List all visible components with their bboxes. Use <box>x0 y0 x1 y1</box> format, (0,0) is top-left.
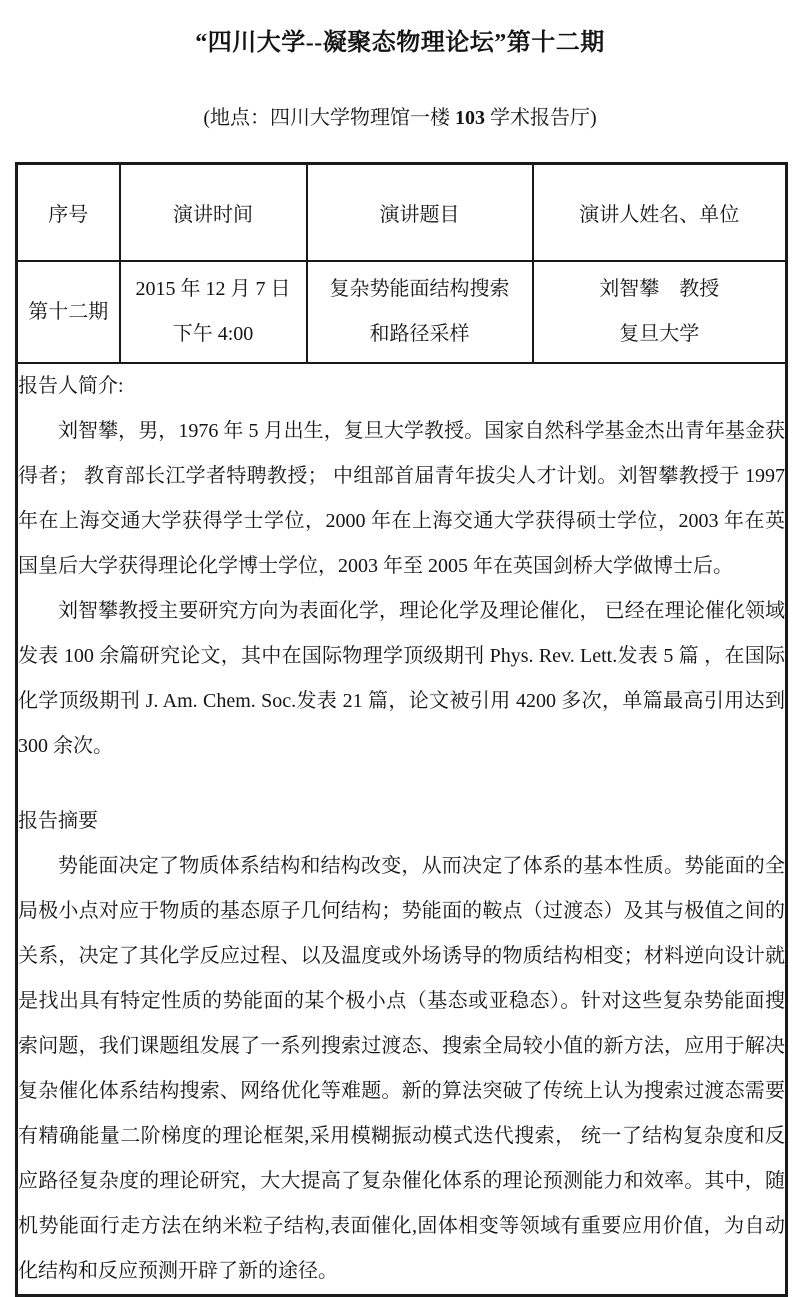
cell-talk-time: 2015 年 12 月 7 日 下午 4:00 <box>120 261 307 363</box>
topic-line-2: 和路径采样 <box>308 312 532 357</box>
talk-hour: 下午 4:00 <box>121 312 306 357</box>
table-data-row: 第十二期 2015 年 12 月 7 日 下午 4:00 复杂势能面结构搜索 和… <box>17 261 787 363</box>
header-cell-speaker: 演讲人姓名、单位 <box>533 164 787 262</box>
table-header-row: 序号 演讲时间 演讲题目 演讲人姓名、单位 <box>17 164 787 262</box>
abstract-heading: 报告摘要 <box>18 799 785 844</box>
speaker-name-title: 刘智攀 教授 <box>534 267 786 312</box>
cell-issue-number: 第十二期 <box>17 261 120 363</box>
header-cell-index: 序号 <box>17 164 120 262</box>
talk-date: 2015 年 12 月 7 日 <box>121 267 306 312</box>
bio-heading: 报告人简介: <box>18 364 785 409</box>
topic-line-1: 复杂势能面结构搜索 <box>308 267 532 312</box>
seminar-announcement-page: “四川大学--凝聚态物理论坛”第十二期 (地点：四川大学物理馆一楼 103 学术… <box>0 0 800 1297</box>
location-line: (地点：四川大学物理馆一楼 103 学术报告厅) <box>0 101 800 130</box>
speaker-affiliation: 复旦大学 <box>534 312 786 357</box>
table-detail-row: 报告人简介: 刘智攀，男，1976 年 5 月出生，复旦大学教授。国家自然科学基… <box>17 363 787 1296</box>
cell-speaker: 刘智攀 教授 复旦大学 <box>533 261 787 363</box>
location-prefix: (地点：四川大学物理馆一楼 <box>203 107 455 129</box>
abstract-paragraph: 势能面决定了物质体系结构和结构改变，从而决定了体系的基本性质。势能面的全局极小点… <box>18 844 785 1294</box>
location-suffix: 学术报告厅) <box>485 107 597 129</box>
bio-paragraph-2: 刘智攀教授主要研究方向为表面化学，理论化学及理论催化， 已经在理论催化领域发表 … <box>18 589 785 769</box>
header-cell-time: 演讲时间 <box>120 164 307 262</box>
page-title: “四川大学--凝聚态物理论坛”第十二期 <box>0 22 800 57</box>
detail-cell: 报告人简介: 刘智攀，男，1976 年 5 月出生，复旦大学教授。国家自然科学基… <box>17 363 787 1296</box>
cell-talk-topic: 复杂势能面结构搜索 和路径采样 <box>307 261 533 363</box>
bio-paragraph-1: 刘智攀，男，1976 年 5 月出生，复旦大学教授。国家自然科学基金杰出青年基金… <box>18 409 785 589</box>
location-room-number: 103 <box>455 107 485 129</box>
header-cell-topic: 演讲题目 <box>307 164 533 262</box>
schedule-table: 序号 演讲时间 演讲题目 演讲人姓名、单位 第十二期 2015 年 12 月 7… <box>15 162 788 1297</box>
